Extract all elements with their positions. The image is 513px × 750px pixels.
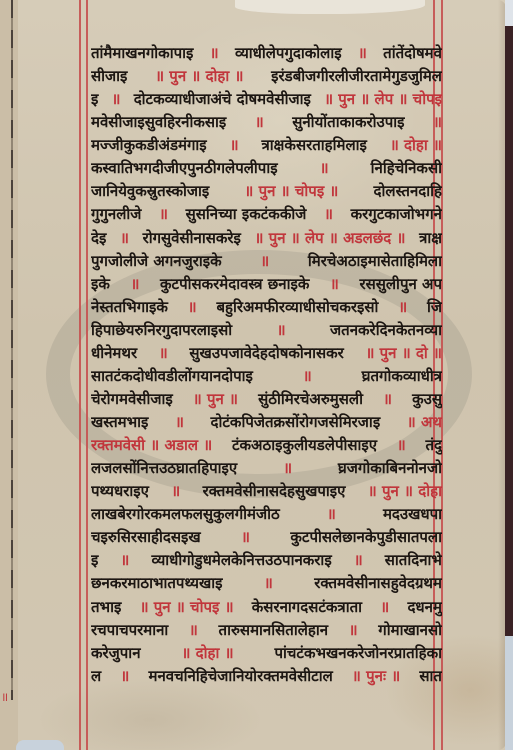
danda: ॥ [130,273,139,296]
danda: ॥ [327,503,336,526]
manuscript-line: सातटंकदोधीवडीलोंगयानदोपाइ ॥ घ्रतगोकव्याध… [91,365,442,388]
danda: ॥ [210,42,219,65]
manuscript-line: पथ्यधराइए ॥ रक्तमवेसीनासदेहसुखपाइए ॥ पुन… [91,480,442,503]
rubric-segment: ॥ दोहा ॥ [181,642,233,665]
text-segment: मदउखधपा [383,503,442,526]
text-segment: टंकअठाइकुलीयडलेपीसाइए [232,434,377,457]
text-segment: ल [91,665,101,688]
text-segment: जानियेवुकस्रुतस्कोजाइ [91,180,209,203]
text-segment: रससुलीपुन अप [359,273,442,296]
text-segment: रोगसुवेसीनासकरेइ [143,227,241,250]
danda: ॥ [120,549,129,572]
text-segment: घ्रजगोकाबिननोनजो [338,457,442,480]
text-segment: तांमैमाखनगोकापाइ [91,42,193,65]
danda: ॥ [175,411,184,434]
torn-top-edge [235,0,425,14]
text-segment: त्राक्ष [419,227,442,250]
manuscript-line: रक्तमवेसी ॥ अडाल ॥ टंकअठाइकुलीयडलेपीसाइए… [91,434,442,457]
text-segment: कुटपीसलेछानकेपुडीसातपला [290,526,442,549]
backdrop [505,0,513,750]
danda: ॥ [303,365,312,388]
text-segment: इ [91,549,98,572]
manuscript-line: चेरोगमवेसीजाइ ॥ पुन ॥ सुंठीमिरचेअरुमुसली… [91,388,442,411]
text-segment: बहुरिअमफीरव्याधीसोचकरइसो [216,296,378,319]
text-segment: करेजुपान [91,642,141,665]
rubric-segment: ॥ पुन ॥ दो ॥ [365,342,442,365]
text-segment: दधनमु [407,596,442,619]
text-segment: सुंठीमिरचेअरुमुसली [258,388,363,411]
danda: ॥ [354,549,363,572]
text-segment: छनकरमाठाभातपथ्यखाइ [91,572,222,595]
rubric-segment: ॥ पुन ॥ चोपइ ॥ [140,596,234,619]
manuscript-text: तांमैमाखनगोकापाइ ॥ व्याधीलेपगुदाकोलाइ ॥ … [91,42,442,688]
manuscript-line: पुगजोलीजे अगनजुराइके ॥ मिरचेअठाइमासेताहि… [91,250,442,273]
text-segment: कस्वातिभगदीजीएपुनठीगलेपलीपाइ [91,157,278,180]
text-segment: व्याधीलेपगुदाकोलाइ [235,42,342,65]
manuscript-line: खस्तमभाइ ॥ दोटंकपिजेतक्रसोंरोगजसेमिरजाइ … [91,411,442,434]
manuscript-line: इके ॥ कुटपीसकरमेदावस्त्र छनाइके ॥ रससुली… [91,273,442,296]
manuscript-line: लाखबेरगोरकमलफलसुकुलगीमंजीठ ॥ मदउखधपा [91,503,442,526]
danda: ॥ [189,619,198,642]
text-segment: मिरचेअठाइमासेताहिमिला [308,250,442,273]
text-segment: सीजाइ [91,65,127,88]
danda: ॥ [277,319,286,342]
text-segment: हिपाछेयरुनिरगुदापरलाइसो [91,319,232,342]
text-segment: सुनीयोंताकाकरोउपाइ [292,111,404,134]
rubric-segment: ॥ पुन ॥ [193,388,238,411]
text-segment: तभाइ [91,596,121,619]
text-segment: धीनेमथर [91,342,137,365]
danda: ॥ [159,203,168,226]
manuscript-line: चइरुसिरसाहीदसइख ॥ कुटपीसलेछानकेपुडीसातपल… [91,526,442,549]
manuscript-line: कस्वातिभगदीजीएपुनठीगलेपलीपाइ ॥ निहिचेनिक… [91,157,442,180]
danda: ॥ [320,157,329,180]
manuscript-line: तांमैमाखनगोकापाइ ॥ व्याधीलेपगुदाकोलाइ ॥ … [91,42,442,65]
text-segment: तांतेंदोषमवे [383,42,442,65]
text-segment: सात [419,665,442,688]
text-segment: मनवचनिहिचेजानियोरक्तमवेसीटाल [149,665,333,688]
text-segment: देइ [91,227,106,250]
rubric-segment: ॥ पुन ॥ लेप ॥ अडलछंद ॥ [255,227,406,250]
danda: ॥ [358,42,367,65]
manuscript-line: रचपाचपरमाना ॥ तारुसमानसितालेहान ॥ गोमाखा… [91,619,442,642]
manuscript-line: धीनेमथर ॥ सुखउपजावेदेहदोषकोनासकर ॥ पुन ॥… [91,342,442,365]
text-segment: करगुटकाजोभगने [351,203,442,226]
danda: ॥ [330,273,339,296]
text-segment: रक्तमवेसीनासदेहसुखपाइए [203,480,346,503]
rubric-segment: ॥ दोहा ॥ [390,134,442,157]
manuscript-line: गुगुनलीजे ॥ सुसनिच्या इकटंककीजे ॥ करगुटक… [91,203,442,226]
text-segment: मवेसीजाइसुवहिरनीकसाइ [91,111,226,134]
text-segment: लजलसोंनित्तउठघ्रातहिपाइए [91,457,237,480]
rubric-segment: ॥ पुन ॥ लेप ॥ चोपइ [324,88,442,111]
rubric-segment: ॥ अथ [407,411,442,434]
text-segment: तारुसमानसितालेहान [219,619,329,642]
adjacent-page-fragment: ॥ [1,688,8,705]
text-segment: रक्तमवेसीनासहुवेदग्रथम [314,572,442,595]
text-segment: नेस्ततभिगाइके [91,296,168,319]
manuscript-line: जानियेवुकस्रुतस्कोजाइ ॥ पुन ॥ चोपइ ॥ दोल… [91,180,442,203]
danda: ॥ [324,203,333,226]
text-segment: इरंडबीजगीरलीजीरतामेगुडजुमिल [271,65,442,88]
torn-bottom-edge [16,740,64,750]
manuscript-line: मज्जीकुकडीअंडमंगाइ ॥ त्राक्षकेसरताहमिलाइ… [91,134,442,157]
manuscript-line: तभाइ ॥ पुन ॥ चोपइ ॥ केसरनागदसटंकत्राता ॥… [91,596,442,619]
danda: ॥ [120,665,129,688]
rubric-segment: ॥ पुनः ॥ [352,665,400,688]
text-segment: त्राक्षकेसरताहमिलाइ [262,134,367,157]
binding-crease [11,0,13,700]
text-segment: कुउसु [412,388,442,411]
adjacent-page-edge [0,0,18,750]
text-segment: लाखबेरगोरकमलफलसुकुलगीमंजीठ [91,503,280,526]
margin-rule-left-outer [79,0,81,750]
danda: ॥ [380,596,389,619]
danda: ॥ [255,111,264,134]
text-segment: दोलस्तनदाहि [374,180,442,203]
danda: ॥ [397,434,406,457]
text-segment: जि [427,296,442,319]
danda: ॥ [398,296,407,319]
text-segment: निहिचेनिकसी [371,157,442,180]
text-segment: इके [91,273,110,296]
text-segment: रचपाचपरमाना [91,619,168,642]
manuscript-line: सीजाइ ॥ पुन ॥ दोहा ॥ इरंडबीजगीरलीजीरतामे… [91,65,442,88]
text-segment: तंदु [425,434,442,457]
text-segment: गोमाखानसो [378,619,442,642]
manuscript-line: ल ॥ मनवचनिहिचेजानियोरक्तमवेसीटाल ॥ पुनः … [91,665,442,688]
text-segment: खस्तमभाइ [91,411,148,434]
text-segment: जतनकरेदिनकेतनव्या [330,319,442,342]
danda: ॥ [188,296,197,319]
manuscript-line: हिपाछेयरुनिरगुदापरलाइसो ॥ जतनकरेदिनकेतनव… [91,319,442,342]
danda: ॥ [159,342,168,365]
text-segment: इ [91,88,98,111]
danda: ॥ [349,619,358,642]
text-segment: केसरनागदसटंकत्राता [252,596,362,619]
manuscript-line: मवेसीजाइसुवहिरनीकसाइ ॥ सुनीयोंताकाकरोउपा… [91,111,442,134]
text-segment: कुटपीसकरमेदावस्त्र छनाइके [160,273,309,296]
danda: ॥ [283,457,292,480]
rubric-segment: ॥ पुन ॥ दोहा ॥ [155,65,243,88]
text-segment: सातदिनाभे [385,549,442,572]
text-segment: पुगजोलीजे अगनजुराइके [91,250,222,273]
text-segment: चइरुसिरसाहीदसइख [91,526,201,549]
text-segment: चेरोगमवेसीजाइ [91,388,173,411]
manuscript-line: लजलसोंनित्तउठघ्रातहिपाइए ॥ घ्रजगोकाबिननो… [91,457,442,480]
danda: ॥ [260,250,269,273]
text-segment: गुगुनलीजे [91,203,141,226]
rubric-segment: ॥ पुन ॥ दोहा [368,480,442,503]
danda: ॥ [264,572,273,595]
danda: ॥ [171,480,180,503]
danda: ॥ [112,88,121,111]
manuscript-line: छनकरमाठाभातपथ्यखाइ ॥ रक्तमवेसीनासहुवेदग्… [91,572,442,595]
text-segment: मज्जीकुकडीअंडमंगाइ [91,134,207,157]
danda: ॥ [120,227,129,250]
manuscript-line: करेजुपान ॥ दोहा ॥ पांचटंकभखनकरेजोनरप्रात… [91,642,442,665]
manuscript-line: देइ ॥ रोगसुवेसीनासकरेइ ॥ पुन ॥ लेप ॥ अडल… [91,227,442,250]
section-heading: रक्तमवेसी ॥ अडाल ॥ [91,434,212,457]
text-segment: सुसनिच्या इकटंककीजे [186,203,307,226]
danda: ॥ [241,526,250,549]
manuscript-line: इ ॥ दोटकव्याधीजाअंचे दोषमवेसीजाइ ॥ पुन ॥… [91,88,442,111]
text-segment: सातटंकदोधीवडीलोंगयानदोपाइ [91,365,253,388]
danda: ॥ [230,134,239,157]
text-segment: दोटकव्याधीजाअंचे दोषमवेसीजाइ [134,88,311,111]
danda: ॥ [433,111,442,134]
text-segment: घ्रतगोकव्याधीत्र [362,365,442,388]
margin-rule-left-inner [86,0,88,750]
text-segment: व्याधीगोडुधमेलकेनित्तउठपानकराइ [151,549,331,572]
text-segment: पांचटंकभखनकरेजोनरप्रातहिका [274,642,442,665]
text-segment: पथ्यधराइए [91,480,149,503]
rubric-segment: ॥ पुन ॥ चोपइ ॥ [244,180,338,203]
manuscript-line: इ ॥ व्याधीगोडुधमेलकेनित्तउठपानकराइ ॥ सात… [91,549,442,572]
text-segment: दोटंकपिजेतक्रसोंरोगजसेमिरजाइ [211,411,381,434]
manuscript-line: नेस्ततभिगाइके ॥ बहुरिअमफीरव्याधीसोचकरइसो… [91,296,442,319]
text-segment: सुखउपजावेदेहदोषकोनासकर [189,342,343,365]
manuscript-photo: ॥ तांमैमाखनगोकापाइ ॥ व्याधीलेपगुदाकोलाइ … [0,0,513,750]
danda: ॥ [383,388,392,411]
